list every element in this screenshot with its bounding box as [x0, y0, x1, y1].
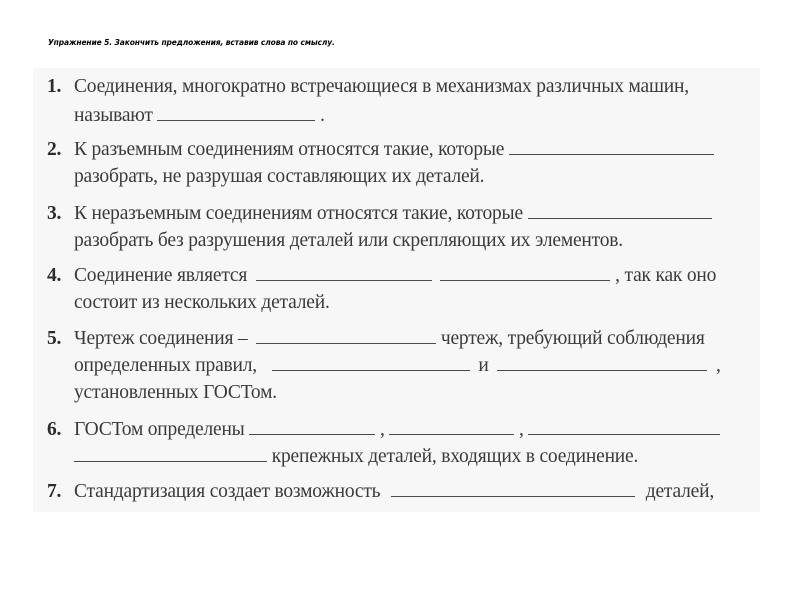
item-text-line: разобрать без разрушения деталей или скр…: [74, 228, 623, 253]
answer-blank[interactable]: [391, 479, 635, 497]
answer-blank[interactable]: [74, 444, 267, 462]
exercise-title: Упражнение 5. Закончить предложения, вст…: [48, 38, 335, 47]
item-text-line: Стандартизация создает возможность детал…: [74, 479, 714, 504]
text-fragment: чертеж, требующий соблюдения: [441, 328, 705, 349]
text-fragment: ,: [716, 355, 721, 376]
text-fragment: ,: [519, 419, 524, 440]
text-fragment: Чертеж соединения –: [74, 328, 248, 349]
item-text-line: Соединения, многократно встречающиеся в …: [74, 74, 689, 99]
text-fragment: , так как оно: [615, 265, 716, 286]
answer-blank[interactable]: [249, 417, 375, 435]
item-number: 6.: [47, 417, 61, 442]
text-fragment: называют: [74, 105, 153, 126]
item-text-line: крепежных деталей, входящих в соединение…: [74, 444, 638, 469]
item-number: 3.: [47, 201, 61, 226]
item-number: 4.: [47, 263, 61, 288]
answer-blank[interactable]: [256, 326, 436, 344]
text-fragment: деталей,: [646, 481, 714, 502]
text-fragment: ,: [380, 419, 385, 440]
text-fragment: Стандартизация создает возможность: [74, 481, 380, 502]
item-text-line: установленных ГОСТом.: [74, 380, 277, 405]
item-text-line: состоит из нескольких деталей.: [74, 290, 330, 315]
answer-blank[interactable]: [389, 417, 514, 435]
answer-blank[interactable]: [497, 353, 707, 371]
item-text-line: К разъемным соединениям относятся такие,…: [74, 137, 714, 162]
item-text-line: называют .: [74, 103, 325, 128]
item-text-line: разобрать, не разрушая составляющих их д…: [74, 164, 484, 189]
text-fragment: ГОСТом определены: [74, 419, 245, 440]
text-fragment: крепежных деталей, входящих в соединение…: [272, 446, 638, 467]
answer-blank[interactable]: [272, 353, 470, 371]
item-text-line: ГОСТом определены , ,: [74, 417, 720, 442]
answer-blank[interactable]: [256, 263, 432, 281]
item-number: 2.: [47, 137, 61, 162]
item-number: 1.: [47, 74, 61, 99]
item-text-line: Чертеж соединения – чертеж, требующий со…: [74, 326, 705, 351]
item-text-line: определенных правил, и ,: [74, 353, 721, 378]
answer-blank[interactable]: [440, 263, 610, 281]
text-fragment: и: [478, 355, 488, 376]
item-text-line: Соединение является , так как оно: [74, 263, 716, 288]
answer-blank[interactable]: [509, 137, 714, 155]
text-fragment: К неразъемным соединениям относятся таки…: [74, 203, 523, 224]
answer-blank[interactable]: [528, 417, 720, 435]
text-fragment: Соединение является: [74, 265, 247, 286]
answer-blank[interactable]: [528, 201, 712, 219]
answer-blank[interactable]: [157, 103, 315, 121]
text-fragment: .: [320, 105, 325, 126]
worksheet-scan: 1. Соединения, многократно встречающиеся…: [33, 68, 760, 512]
item-number: 7.: [47, 479, 61, 504]
text-fragment: К разъемным соединениям относятся такие,…: [74, 139, 504, 160]
item-number: 5.: [47, 326, 61, 351]
text-fragment: определенных правил,: [74, 355, 257, 376]
item-text-line: К неразъемным соединениям относятся таки…: [74, 201, 712, 226]
